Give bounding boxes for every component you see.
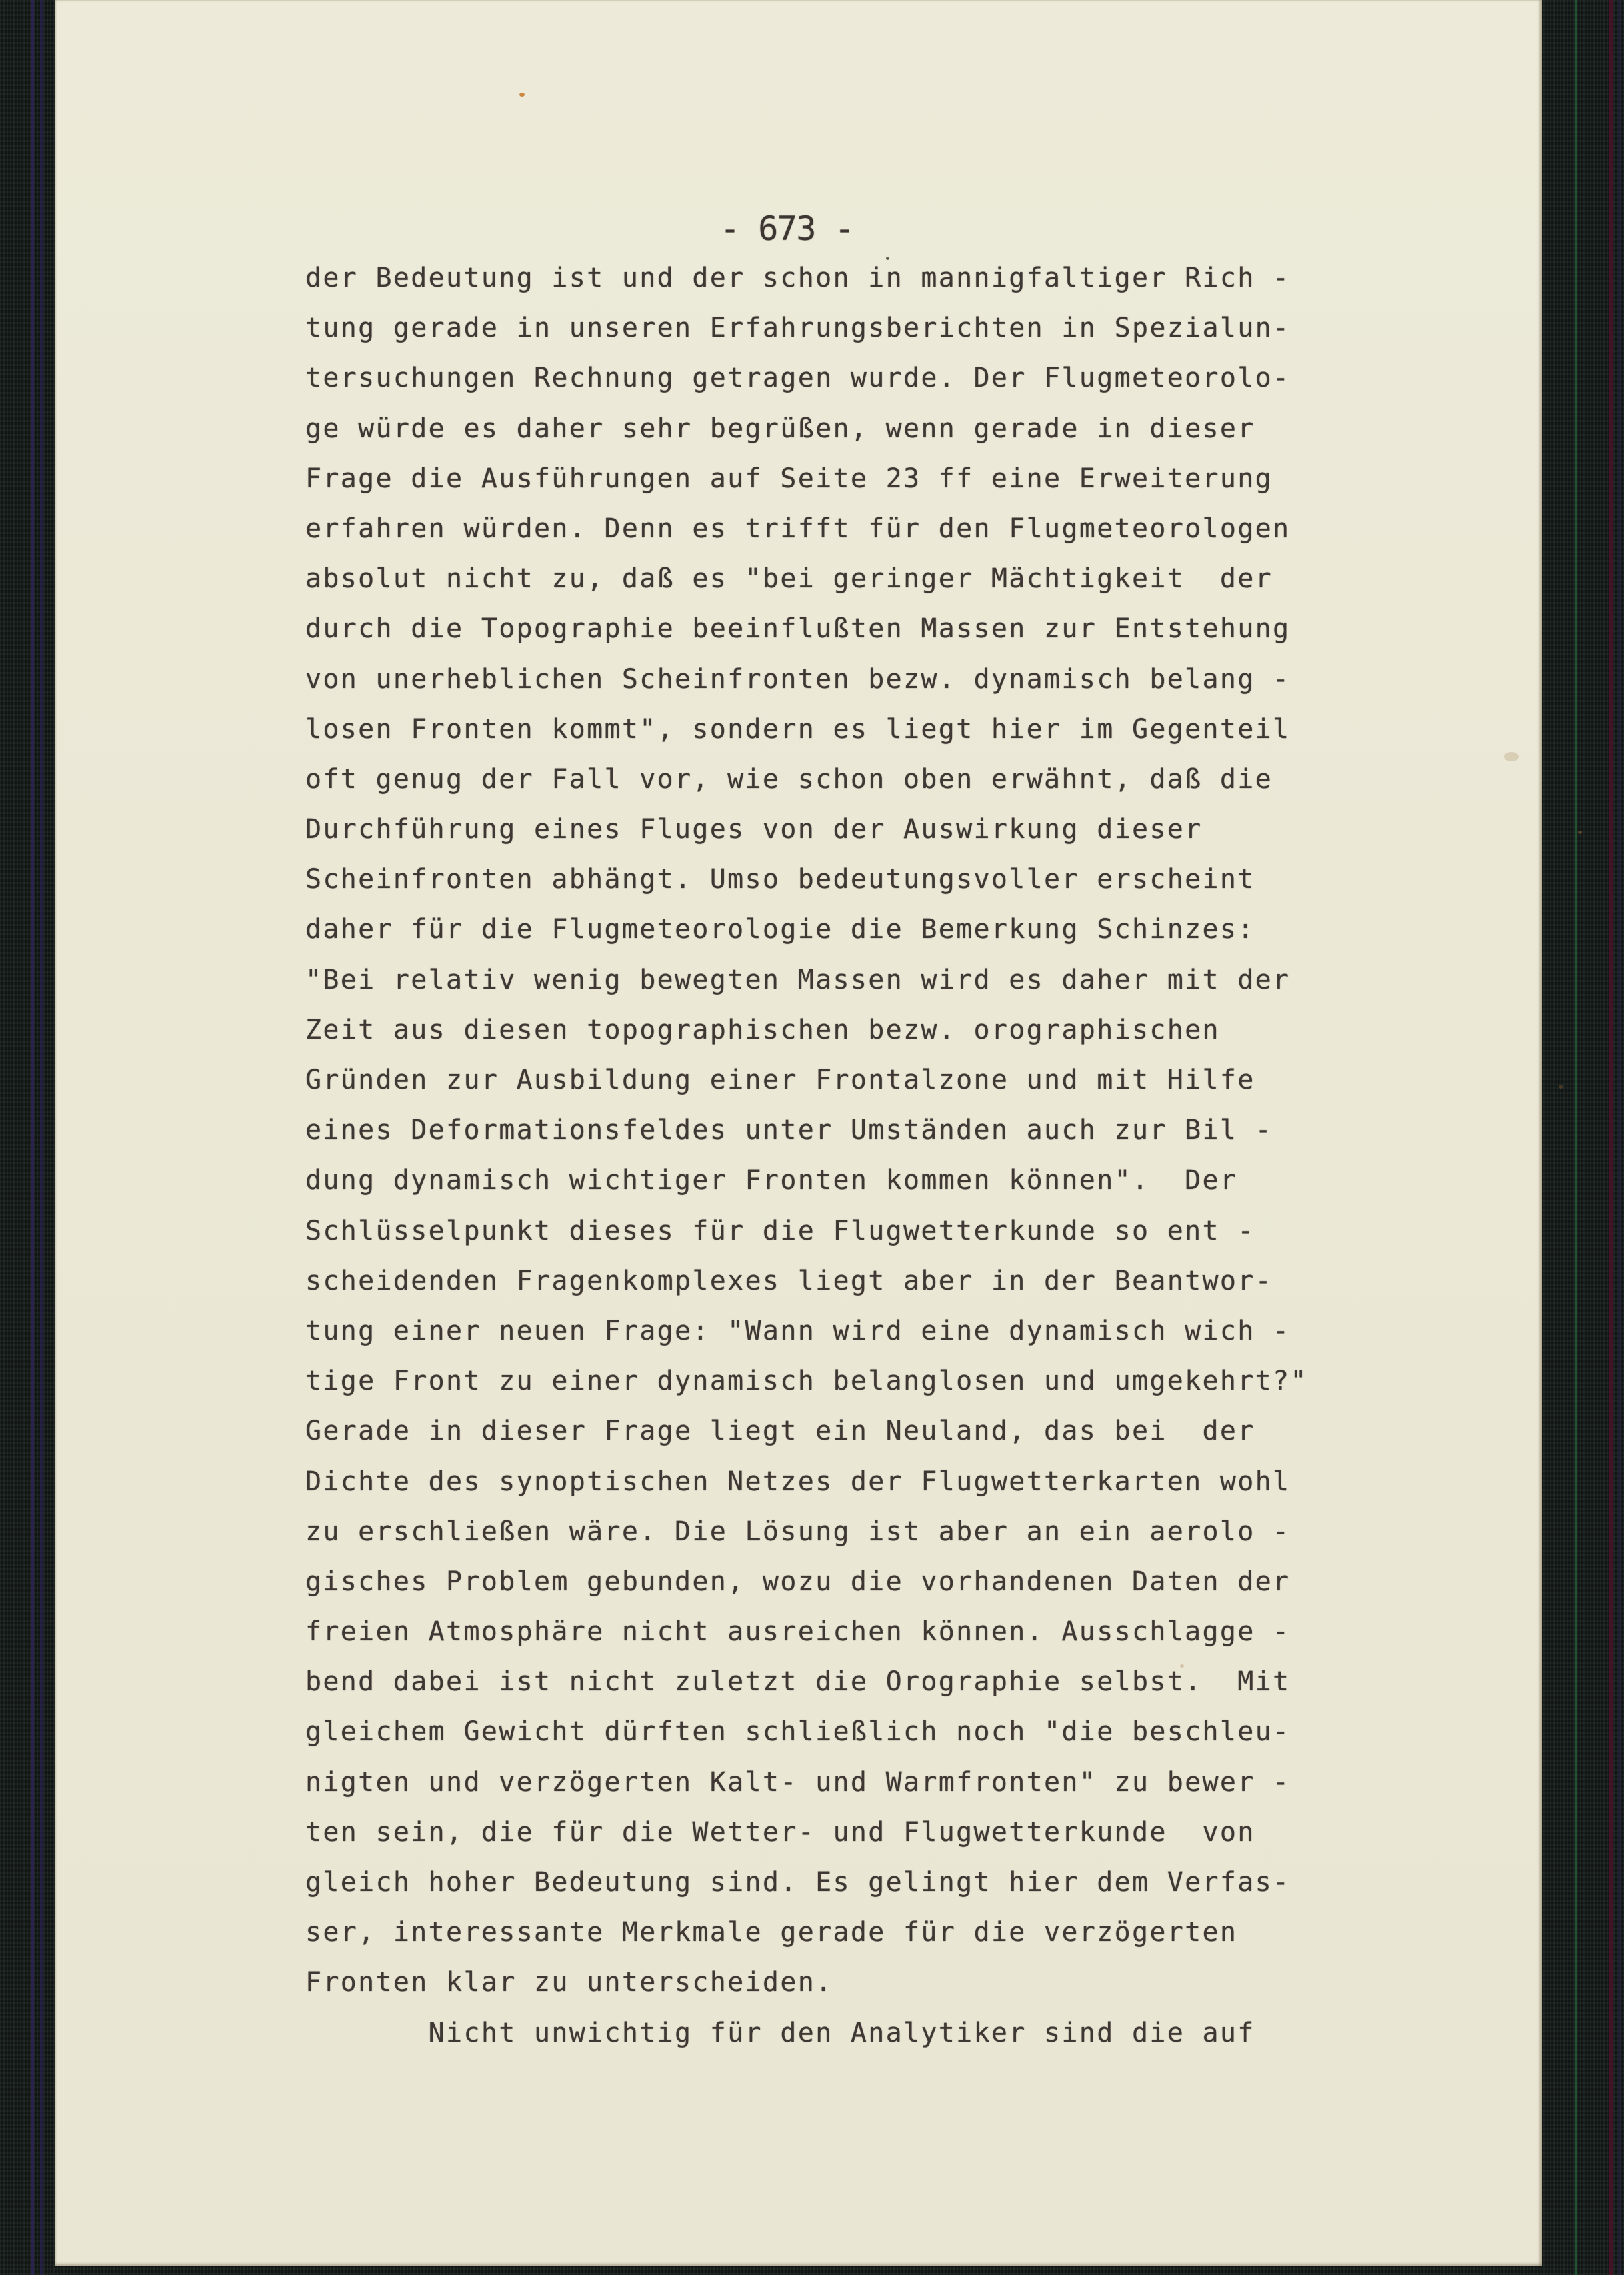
text-line: der Bedeutung ist und der schon in manni… [305,253,1345,303]
text-line: "Bei relativ wenig bewegten Massen wird … [305,955,1345,1005]
text-line: gleichem Gewicht dürften schließlich noc… [305,1707,1345,1757]
text-line: Schlüsselpunkt dieses für die Flugwetter… [305,1206,1345,1256]
text-line: von unerheblichen Scheinfronten bezw. dy… [305,655,1345,705]
text-line: Gerade in dieser Frage liegt ein Neuland… [305,1406,1345,1456]
paper-speck [1578,831,1582,834]
text-line: Gründen zur Ausbildung einer Frontalzone… [305,1055,1345,1105]
binding-stripe-maroon [1609,0,1613,2275]
text-line: ser, interessante Merkmale gerade für di… [305,1908,1345,1958]
text-line: Durchführung eines Fluges von der Auswir… [305,805,1345,855]
text-line: ge würde es daher sehr begrüßen, wenn ge… [305,404,1345,454]
text-line: scheidenden Fragenkomplexes liegt aber i… [305,1256,1345,1306]
text-line: tung gerade in unseren Erfahrungsbericht… [305,303,1345,353]
binding-stripe-green [1575,0,1577,2275]
text-line: gisches Problem gebunden, wozu die vorha… [305,1557,1345,1607]
text-line: Nicht unwichtig für den Analytiker sind … [305,2008,1345,2058]
text-line: tersuchungen Rechnung getragen wurde. De… [305,353,1345,403]
text-line: bend dabei ist nicht zuletzt die Orograp… [305,1657,1345,1707]
text-line: Frage die Ausführungen auf Seite 23 ff e… [305,454,1345,504]
binding-stripe-purple-inner [40,0,43,2275]
paper-speck [519,93,525,97]
binding-stripe-violet [1618,0,1621,2275]
paper-smudge [1504,752,1519,761]
text-line: daher für die Flugmeteorologie die Bemer… [305,905,1345,955]
text-line: Dichte des synoptischen Netzes der Flugw… [305,1457,1345,1507]
page-number: - 673 - [720,209,853,248]
text-line: tung einer neuen Frage: "Wann wird eine … [305,1306,1345,1356]
binding-stripe-purple-outer [31,0,34,2275]
text-line: eines Deformationsfeldes unter Umständen… [305,1105,1345,1156]
text-line: durch die Topographie beeinflußten Masse… [305,604,1345,654]
text-line: nigten und verzögerten Kalt- und Warmfro… [305,1758,1345,1808]
text-line: gleich hoher Bedeutung sind. Es gelingt … [305,1858,1345,1908]
text-line: losen Fronten kommt", sondern es liegt h… [305,705,1345,755]
text-line: Zeit aus diesen topographischen bezw. or… [305,1005,1345,1055]
text-line: oft genug der Fall vor, wie schon oben e… [305,755,1345,805]
paper-speck [1559,1085,1563,1089]
text-line: absolut nicht zu, daß es "bei geringer M… [305,554,1345,604]
text-line: Fronten klar zu unterscheiden. [305,1958,1345,2008]
text-line: Scheinfronten abhängt. Umso bedeutungsvo… [305,855,1345,905]
text-line: tige Front zu einer dynamisch belanglose… [305,1356,1345,1406]
text-line: freien Atmosphäre nicht ausreichen könne… [305,1607,1345,1657]
text-line: erfahren würden. Denn es trifft für den … [305,504,1345,554]
text-line: dung dynamisch wichtiger Fronten kommen … [305,1156,1345,1206]
text-line: ten sein, die für die Wetter- und Flugwe… [305,1808,1345,1858]
body-text: der Bedeutung ist und der schon in manni… [305,253,1345,2058]
text-line: zu erschließen wäre. Die Lösung ist aber… [305,1507,1345,1557]
